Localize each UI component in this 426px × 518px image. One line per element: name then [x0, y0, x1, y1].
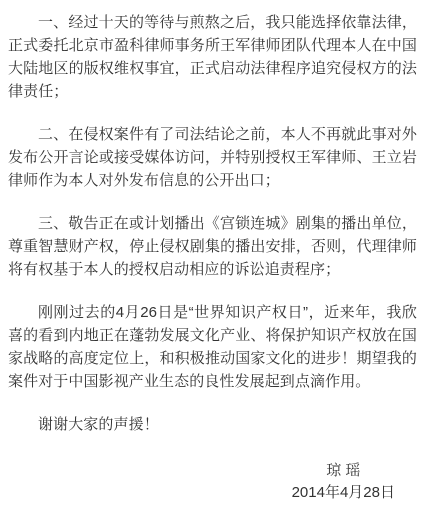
paragraph-2: 二、在侵权案件有了司法结论之前，本人不再就此事对外发布公开言论或接受媒体访问，并… [8, 123, 417, 192]
paragraph-1: 一、经过十天的等待与煎熬之后，我只能选择依靠法律，正式委托北京市盈科律师事务所王… [8, 11, 417, 103]
signature-block: 琼 瑶 2014年4月28日 [8, 460, 417, 504]
paragraph-thanks: 谢谢大家的声援！ [8, 413, 417, 436]
statement-document: 一、经过十天的等待与煎熬之后，我只能选择依靠法律，正式委托北京市盈科律师事务所王… [0, 0, 426, 518]
signature-date: 2014年4月28日 [292, 482, 395, 503]
signature-inner: 琼 瑶 2014年4月28日 [292, 460, 395, 503]
signature-name: 琼 瑶 [292, 460, 395, 481]
paragraph-4: 刚刚过去的4月26日是“世界知识产权日”，近来年，我欣喜的看到内地正在蓬勃发展文… [8, 301, 417, 393]
paragraph-3: 三、敬告正在或计划播出《宫锁连城》剧集的播出单位，尊重智慧财产权，停止侵权剧集的… [8, 212, 417, 281]
